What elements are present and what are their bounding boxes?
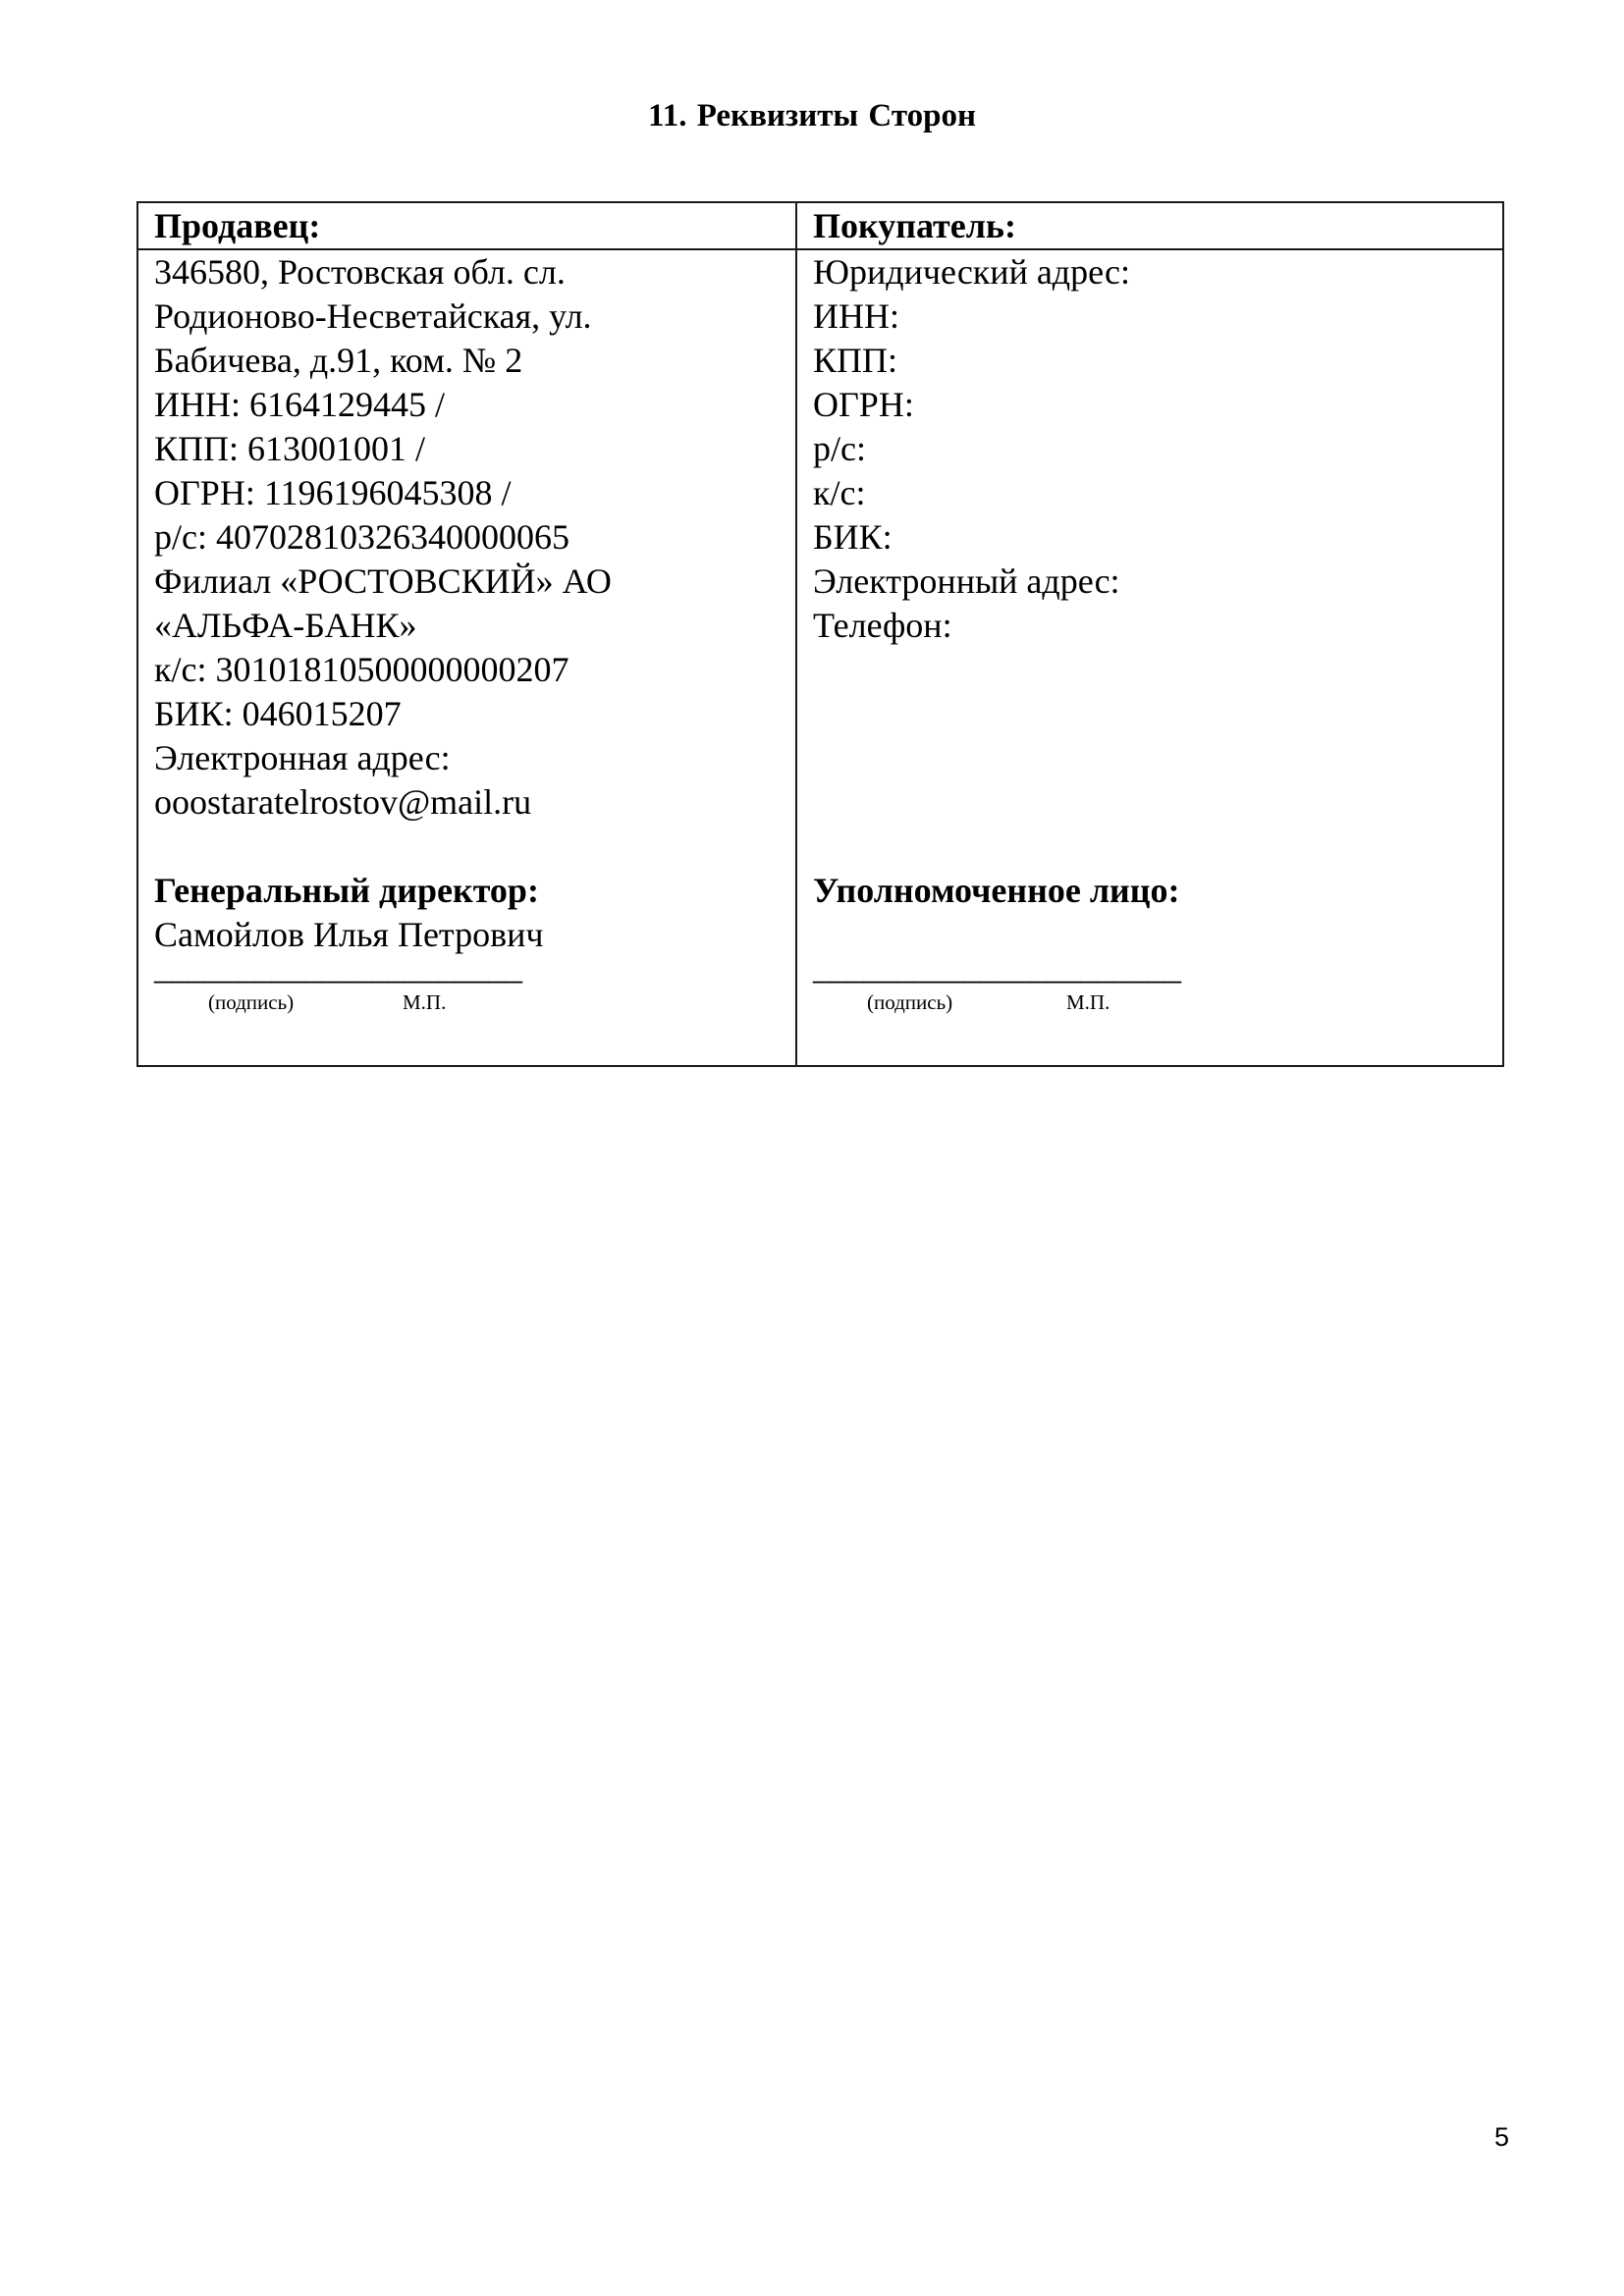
buyer-kpp: КПП: [813,339,1502,383]
seller-bank-line-1: Филиал «РОСТОВСКИЙ» АО [154,560,795,604]
buyer-signature-line: ______________________ [813,957,1502,987]
spacer [154,825,795,869]
spacer [813,825,1502,869]
seller-correspondent-account: к/с: 30101810500000000207 [154,648,795,692]
buyer-ogrn: ОГРН: [813,383,1502,427]
seller-email-label: Электронная адрес: [154,736,795,780]
seller-header: Продавец: [137,202,796,249]
seller-bank-line-2: «АЛЬФА-БАНК» [154,604,795,648]
seller-signatory-title: Генеральный директор: [154,869,795,913]
seller-inn: ИНН: 6164129445 / [154,383,795,427]
page-number: 5 [1494,2122,1509,2152]
buyer-bik: БИК: [813,515,1502,560]
seller-address-line-3: Бабичева, д.91, ком. № 2 [154,339,795,383]
buyer-signature-captions: (подпись)М.П. [813,987,1502,1026]
table-body-row: 346580, Ростовская обл. сл. Родионово-Не… [137,249,1503,1066]
requisites-table: Продавец: Покупатель: 346580, Ростовская… [136,201,1504,1067]
buyer-phone: Телефон: [813,604,1502,648]
buyer-details-cell: Юридический адрес: ИНН: КПП: ОГРН: р/с: … [796,249,1503,1066]
buyer-header: Покупатель: [796,202,1503,249]
seller-address-line-1: 346580, Ростовская обл. сл. [154,250,795,294]
seller-bik: БИК: 046015207 [154,692,795,736]
buyer-inn: ИНН: [813,294,1502,339]
buyer-signatory-title: Уполномоченное лицо: [813,869,1502,913]
buyer-settlement-account: р/с: [813,427,1502,471]
seller-email: ooostaratelrostov@mail.ru [154,780,795,825]
buyer-correspondent-account: к/с: [813,471,1502,515]
spacer [813,692,1502,736]
seller-address-line-2: Родионово-Несветайская, ул. [154,294,795,339]
seller-signature-line: ______________________ [154,957,795,987]
table-header-row: Продавец: Покупатель: [137,202,1503,249]
seller-ogrn: ОГРН: 1196196045308 / [154,471,795,515]
spacer [813,780,1502,825]
buyer-signature-caption: (подпись) [867,987,1066,1018]
spacer [813,736,1502,780]
buyer-email: Электронный адрес: [813,560,1502,604]
spacer [813,648,1502,692]
document-page: 11. Реквизиты Сторон Продавец: Покупател… [0,0,1624,2296]
seller-settlement-account: р/с: 40702810326340000065 [154,515,795,560]
seller-kpp: КПП: 613001001 / [154,427,795,471]
buyer-stamp-caption: М.П. [1066,990,1110,1014]
section-title: 11. Реквизиты Сторон [0,96,1624,135]
buyer-legal-address: Юридический адрес: [813,250,1502,294]
seller-details-cell: 346580, Ростовская обл. сл. Родионово-Не… [137,249,796,1066]
seller-signature-captions: (подпись)М.П. [154,987,795,1026]
seller-signature-caption: (подпись) [208,987,403,1018]
seller-stamp-caption: М.П. [403,990,446,1014]
